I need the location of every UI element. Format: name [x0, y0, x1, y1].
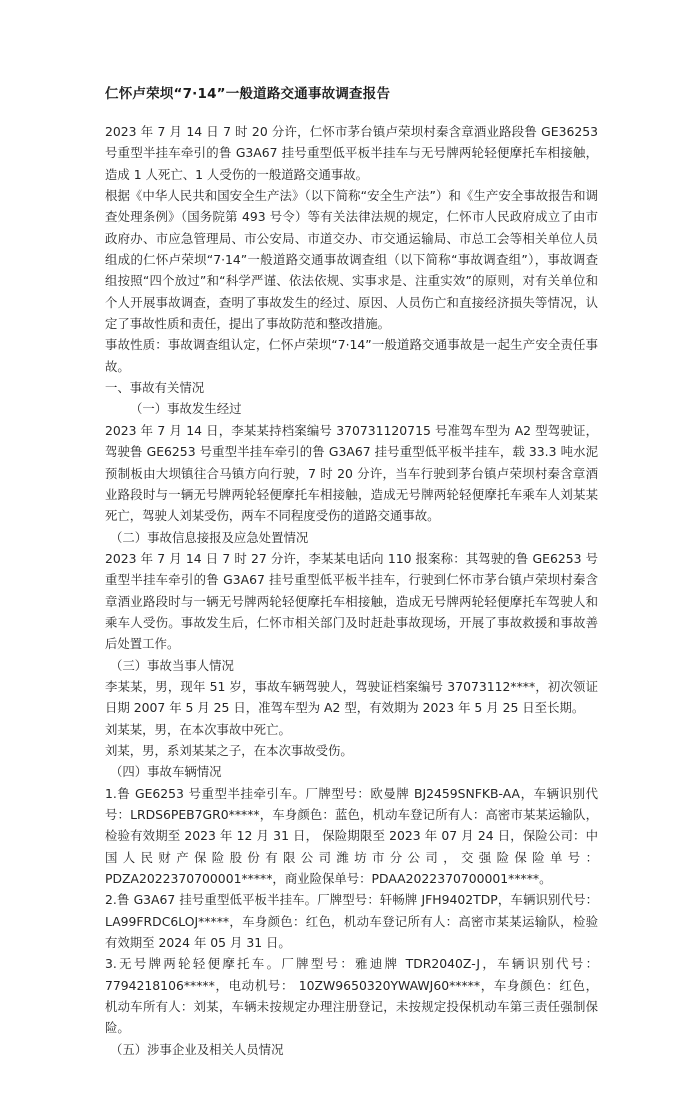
paragraph: 刘某某，男，在本次事故中死亡。 [105, 719, 598, 740]
document-body: 2023 年 7 月 14 日 7 时 20 分许，仁怀市茅台镇卢荣坝村秦含章酒… [105, 121, 598, 1060]
section-heading: （四）事故车辆情况 [105, 761, 598, 782]
paragraph: 刘某，男，系刘某某之子，在本次事故受伤。 [105, 740, 598, 761]
section-heading: （五）涉事企业及相关人员情况 [105, 1039, 598, 1060]
section-heading: 一、事故有关情况 [105, 377, 598, 398]
paragraph: 2.鲁 G3A67 挂号重型低平板半挂车。厂牌型号：轩畅牌 JFH9402TDP… [105, 889, 598, 953]
paragraph: 事故性质：事故调查组认定，仁怀卢荣坝“7·14”一般道路交通事故是一起生产安全责… [105, 334, 598, 377]
document-title: 仁怀卢荣坝“7·14”一般道路交通事故调查报告 [105, 84, 598, 105]
paragraph: 2023 年 7 月 14 日 7 时 20 分许，仁怀市茅台镇卢荣坝村秦含章酒… [105, 121, 598, 185]
paragraph: 李某某，男，现年 51 岁，事故车辆驾驶人，驾驶证档案编号 37073112**… [105, 676, 598, 719]
section-heading: （一）事故发生经过 [105, 398, 598, 419]
section-heading: （三）事故当事人情况 [105, 655, 598, 676]
document-page: 仁怀卢荣坝“7·14”一般道路交通事故调查报告 2023 年 7 月 14 日 … [0, 0, 700, 1120]
section-heading: （二）事故信息接报及应急处置情况 [105, 527, 598, 548]
paragraph: 2023 年 7 月 14 日 7 时 27 分许，李某某电话向 110 报案称… [105, 548, 598, 655]
paragraph: 3.无号牌两轮轻便摩托车。厂牌型号：雅迪牌 TDR2040Z-J，车辆识别代号：… [105, 953, 598, 1038]
paragraph: 2023 年 7 月 14 日，李某某持档案编号 370731120715 号准… [105, 420, 598, 527]
paragraph: 1.鲁 GE6253 号重型半挂牵引车。厂牌型号：欧曼牌 BJ2459SNFKB… [105, 783, 598, 890]
paragraph: 根据《中华人民共和国安全生产法》（以下简称“安全生产法”）和《生产安全事故报告和… [105, 185, 598, 334]
